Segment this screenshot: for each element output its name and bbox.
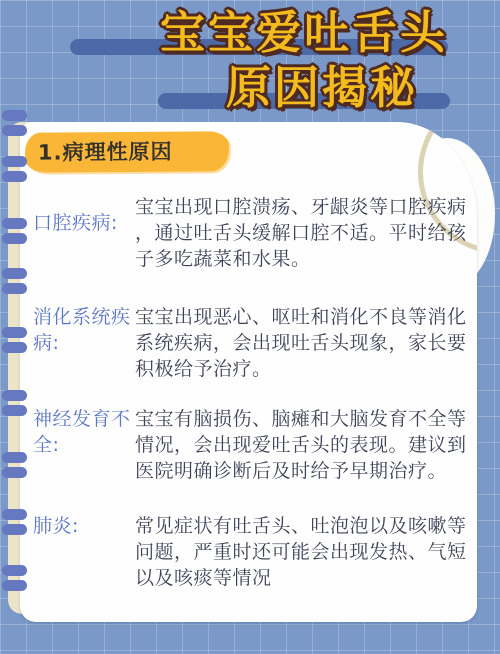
cause-row-oral-disease: 口腔疾病: 宝宝出现口腔溃疡、牙龈炎等口腔疾病，通过吐舌头缓解口腔不适。平时给孩… (33, 194, 470, 272)
cause-term: 肺炎: (33, 513, 135, 591)
binder-clip (2, 327, 27, 338)
binder-clip (2, 171, 27, 182)
binder-clip (2, 156, 27, 167)
binder-clip (2, 580, 27, 591)
cause-description: 宝宝出现恶心、呕吐和消化不良等消化系统疾病，会出现吐舌头现象，家长要积极给予治疗… (135, 304, 470, 382)
binder-clip (2, 218, 27, 229)
binder-clip (2, 405, 27, 416)
info-card: 1.病理性原因 口腔疾病: 宝宝出现口腔溃疡、牙龈炎等口腔疾病，通过吐舌头缓解口… (8, 122, 477, 622)
page-title-line-2: 原因揭秘 (226, 65, 418, 110)
binder-clip (2, 565, 27, 576)
cause-row-pneumonia: 肺炎: 常见症状有吐舌头、吐泡泡以及咳嗽等问题，严重时还可能会出现发热、气短以及… (33, 513, 470, 591)
cause-term: 口腔疾病: (33, 194, 135, 272)
cause-term: 神经发育不全: (33, 406, 135, 484)
cause-row-neuro-underdevelopment: 神经发育不全: 宝宝有脑损伤、脑瘫和大脑发育不全等情况，会出现爱吐舌头的表现。建… (33, 406, 470, 484)
binder-clip (2, 509, 27, 520)
binder-clip (2, 524, 27, 535)
binder-clip (2, 390, 27, 401)
binder-clip (2, 283, 27, 294)
binder-clip (2, 125, 27, 136)
cause-term: 消化系统疾病: (33, 304, 135, 382)
cause-description: 宝宝出现口腔溃疡、牙龈炎等口腔疾病，通过吐舌头缓解口腔不适。平时给孩子多吃蔬菜和… (135, 194, 470, 272)
binder-clip (2, 467, 27, 478)
cause-description: 宝宝有脑损伤、脑瘫和大脑发育不全等情况，会出现爱吐舌头的表现。建议到医院明确诊断… (135, 406, 470, 484)
binder-clip (2, 110, 27, 121)
section-header: 1.病理性原因 (38, 140, 173, 165)
binder-clip (2, 233, 27, 244)
binder-clip (2, 452, 27, 463)
binder-clip (2, 342, 27, 353)
card-sheet: 1.病理性原因 口腔疾病: 宝宝出现口腔溃疡、牙龈炎等口腔疾病，通过吐舌头缓解口… (20, 122, 477, 622)
binder-clip (2, 268, 27, 279)
cause-description: 常见症状有吐舌头、吐泡泡以及咳嗽等问题，严重时还可能会出现发热、气短以及咳痰等情… (135, 513, 470, 591)
page-title-line-1: 宝宝爱吐舌头 (160, 10, 448, 55)
cause-row-digestive-disease: 消化系统疾病: 宝宝出现恶心、呕吐和消化不良等消化系统疾病，会出现吐舌头现象，家… (33, 304, 470, 382)
section-header-highlight: 1.病理性原因 (25, 131, 229, 172)
